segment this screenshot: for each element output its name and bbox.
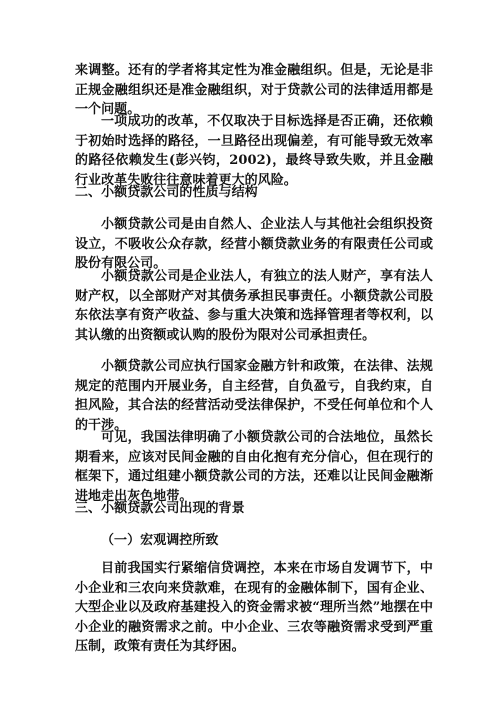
paragraph-macro-control: 目前我国实行紧缩信贷调控，本来在市场自发调节下，中小企业和三农向来贷款难，在现有…	[75, 559, 433, 657]
subsection-heading-macro-control: （一）宏观调控所致	[75, 531, 459, 551]
paragraph-continuation: 来调整。还有的学者将其定性为准金融组织。但是，无论是非正规金融组织还是准金融组织…	[75, 61, 433, 120]
paragraph-conclusion: 可见，我国法律明确了小额贷款公司的合法地位，虽然长期看来，应该对民间金融的自由化…	[75, 428, 433, 506]
paragraph-definition: 小额贷款公司是由自然人、企业法人与其他社会组织投资设立，不吸收公众存款，经营小额…	[75, 215, 433, 274]
paragraph-operations: 小额贷款公司应执行国家金融方针和政策，在法律、法规规定的范围内开展业务，自主经营…	[75, 357, 433, 435]
paragraph-reform-path: 一项成功的改革，不仅取决于目标选择是否正确，还依赖于初始时选择的路径，一旦路径出…	[75, 112, 433, 190]
paragraph-legal-person: 小额贷款公司是企业法人，有独立的法人财产，享有法人财产权，以全部财产对其债务承担…	[75, 267, 433, 345]
document-page: 来调整。还有的学者将其定性为准金融组织。但是，无论是非正规金融组织还是准金融组织…	[0, 0, 500, 707]
section-heading-nature-structure: 二、小额贷款公司的性质与结构	[75, 183, 433, 203]
section-heading-background: 三、小额贷款公司出现的背景	[75, 499, 433, 519]
